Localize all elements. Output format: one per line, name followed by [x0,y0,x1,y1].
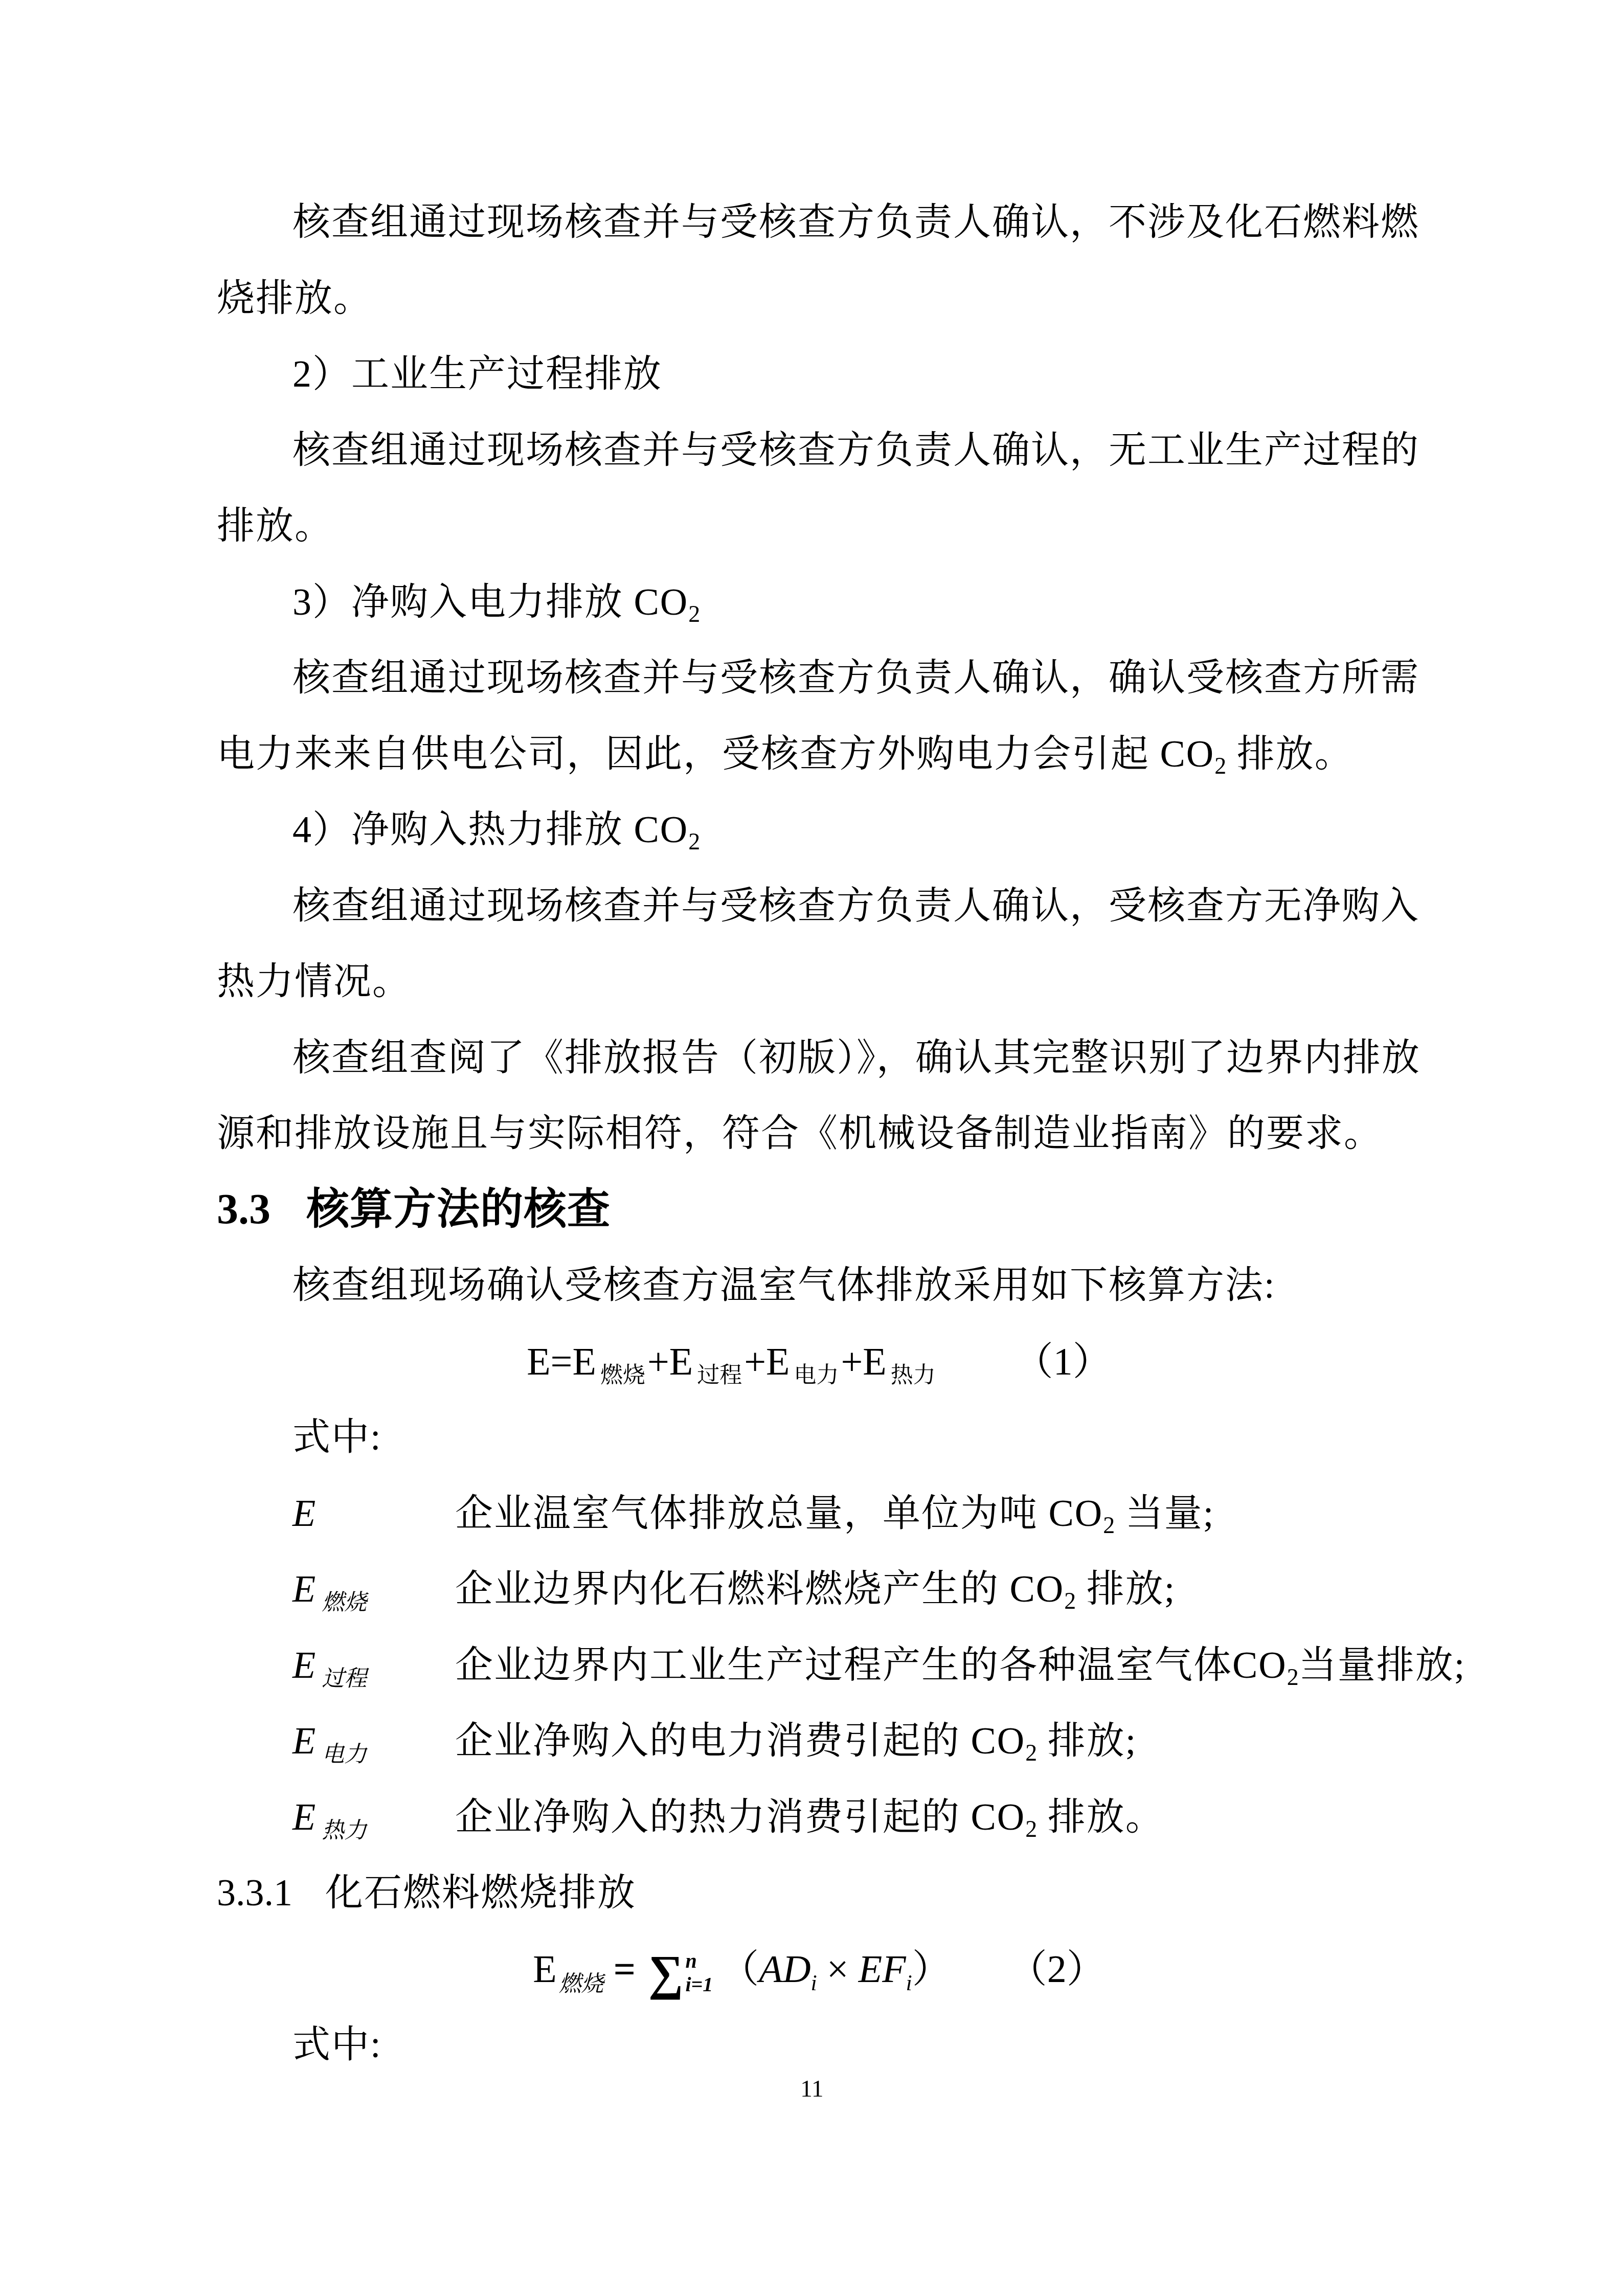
line-item-4-heat: 4）净购入热力排放 CO2 [217,792,1422,868]
text-segment: 3.3 [217,1186,270,1233]
text-segment: 排放。 [1226,733,1354,775]
text-segment: 2 [688,601,700,627]
text-segment: （2） [1028,1948,1106,1991]
text-segment: 烧排放。 [217,278,372,320]
text-segment: 企业净购入的热力消费引起的 CO [455,1796,1025,1838]
text-segment: 2 [1103,1512,1115,1538]
line-item-2-industrial-process: 2）工业生产过程排放 [217,336,1422,413]
text-segment: E [292,1568,315,1610]
document-page: 核查组通过现场核查并与受核查方负责人确认，不涉及化石燃料燃烧排放。2）工业生产过… [0,0,1624,2296]
summation-symbol: ∑ni=1 [648,1948,713,1997]
text-segment: 电力来来自供电公司，因此，受核查方外购电力会引起 CO [217,733,1214,775]
text-segment: 2 [1025,1816,1037,1842]
definition-text: 企业温室气体排放总量，单位为吨 CO2 当量; [455,1493,1214,1535]
text-segment: 热力 [322,1818,367,1843]
text-segment: 源和排放设施且与实际相符，符合《机械设备制造业指南》的要求。 [217,1113,1383,1155]
line-para-report-line-2: 源和排放设施且与实际相符，符合《机械设备制造业指南》的要求。 [217,1096,1422,1172]
text-segment: 排放。 [217,505,333,547]
line-para-process-line-1: 核查组通过现场核查并与受核查方负责人确认，无工业生产过程的 [217,413,1422,489]
line-para-process-line-2: 排放。 [217,488,1422,565]
text-segment: 过程 [322,1666,367,1691]
text-segment: E [292,1720,315,1762]
text-segment: 2 [1025,1740,1037,1766]
text-segment: E [292,1796,315,1838]
text-segment: 燃烧 [322,1590,367,1615]
text-segment: 排放; [1076,1568,1176,1610]
text-segment: 2 [1064,1588,1076,1614]
text-segment: 核查组通过现场核查并与受核查方负责人确认，不涉及化石燃料燃 [292,201,1419,243]
text-segment: 排放。 [1037,1796,1164,1838]
text-segment: EF [859,1948,906,1991]
text-segment: 2 [1214,753,1226,779]
line-def-e-process: E过程企业边界内工业生产过程产生的各种温室气体CO2当量排放; [217,1628,1422,1704]
text-segment: 燃烧 [559,1971,604,1996]
line-para-heat-line-1: 核查组通过现场核查并与受核查方负责人确认，受核查方无净购入 [217,868,1422,944]
line-def-e-heat: E热力企业净购入的热力消费引起的 CO2 排放。 [217,1780,1422,1856]
text-segment: 企业边界内化石燃料燃烧产生的 CO [455,1568,1064,1610]
text-segment: i [811,1970,817,1995]
text-segment: 核查组通过现场核查并与受核查方负责人确认，受核查方无净购入 [292,885,1419,927]
definition-text: 企业净购入的电力消费引起的 CO2 排放; [455,1720,1137,1762]
text-segment: 2 [1287,1664,1299,1690]
text-segment: （ [720,1948,759,1991]
line-formula-1: E=E燃烧+E过程+E电力+E热力（1） [217,1324,1422,1400]
text-segment: AD [759,1948,810,1991]
text-segment: 热力 [891,1363,936,1388]
definition-text: 企业净购入的热力消费引起的 CO2 排放。 [455,1796,1164,1838]
line-formula-2: E燃烧 = ∑ni=1（ADi × EFi）（2） [217,1931,1422,2008]
text-segment: 核算方法的核查 [306,1186,611,1233]
line-para-electricity-line-1: 核查组通过现场核查并与受核查方负责人确认，确认受核查方所需 [217,640,1422,716]
line-para-heat-line-2: 热力情况。 [217,944,1422,1020]
sigma-glyph: ∑ [648,1948,683,1997]
text-segment: 核查组查阅了《排放报告（初版）》，确认其完整识别了边界内排放 [292,1037,1420,1079]
text-segment: 式中: [292,1416,382,1458]
definition-term: E [292,1476,455,1552]
text-segment: （1） [1014,1340,1112,1383]
text-segment: 排放; [1037,1720,1137,1762]
line-para-electricity-line-2: 电力来来自供电公司，因此，受核查方外购电力会引起 CO2 排放。 [217,716,1422,793]
line-heading-3-3: 3.3核算方法的核查 [217,1172,1422,1248]
text-segment: 电力 [322,1742,367,1767]
page-number: 11 [0,2061,1624,2117]
text-segment: 电力 [794,1363,839,1388]
text-segment: +E [744,1340,790,1383]
text-segment: E=E [527,1340,596,1383]
text-segment: 3）净购入电力排放 CO [292,581,688,623]
text-segment: E [292,1493,315,1535]
text-segment: 2 [688,828,700,854]
text-segment: 当量; [1115,1493,1214,1535]
text-segment: 核查组通过现场核查并与受核查方负责人确认，确认受核查方所需 [292,657,1419,699]
line-def-e-combustion: E燃烧企业边界内化石燃料燃烧产生的 CO2 排放; [217,1551,1422,1628]
line-heading-3-3-1: 3.3.1化石燃料燃烧排放 [217,1855,1422,1931]
text-segment: 核查组现场确认受核查方温室气体排放采用如下核算方法: [292,1265,1276,1307]
text-segment: 过程 [697,1363,742,1388]
text-segment: E [292,1645,315,1686]
text-segment: ） [912,1948,951,1991]
text-segment: 3.3.1 [217,1872,292,1914]
line-def-e-total: E企业温室气体排放总量，单位为吨 CO2 当量; [217,1476,1422,1552]
line-para-report-line-1: 核查组查阅了《排放报告（初版）》，确认其完整识别了边界内排放 [217,1020,1422,1096]
sum-upper-limit: n [685,1949,696,1973]
text-segment: = [604,1948,645,1991]
document-body: 核查组通过现场核查并与受核查方负责人确认，不涉及化石燃料燃烧排放。2）工业生产过… [217,185,1422,2083]
text-segment: +E [647,1340,693,1383]
text-segment: 化石燃料燃烧排放 [325,1872,636,1914]
text-segment: 2）工业生产过程排放 [292,353,662,395]
text-segment: 式中: [292,2024,382,2066]
text-segment: 企业净购入的电力消费引起的 CO [455,1720,1025,1762]
line-para-method-intro: 核查组现场确认受核查方温室气体排放采用如下核算方法: [217,1248,1422,1324]
text-segment: 热力情况。 [217,961,411,1003]
text-segment: 当量排放; [1299,1645,1466,1686]
line-para-fossil-line-2: 烧排放。 [217,261,1422,337]
text-segment: 企业温室气体排放总量，单位为吨 CO [455,1493,1103,1535]
text-segment: × [817,1948,859,1991]
text-segment: E [533,1948,556,1991]
definition-text: 企业边界内化石燃料燃烧产生的 CO2 排放; [455,1568,1176,1610]
text-segment: 核查组通过现场核查并与受核查方负责人确认，无工业生产过程的 [292,430,1419,471]
sum-lower-limit: i=1 [685,1973,713,1996]
line-def-e-electricity: E电力企业净购入的电力消费引起的 CO2 排放; [217,1703,1422,1780]
sum-limits: ni=1 [685,1949,713,1996]
line-item-3-electricity: 3）净购入电力排放 CO2 [217,565,1422,641]
line-para-fossil-line-1: 核查组通过现场核查并与受核查方负责人确认，不涉及化石燃料燃 [217,185,1422,261]
text-segment: 企业边界内工业生产过程产生的各种温室气体CO [455,1645,1287,1686]
line-formula-1-where: 式中: [217,1400,1422,1476]
text-segment: 燃烧 [600,1363,645,1388]
text-segment: 4）净购入热力排放 CO [292,809,688,851]
text-segment: i [906,1970,912,1995]
text-segment: +E [841,1340,887,1383]
definition-text: 企业边界内工业生产过程产生的各种温室气体CO2当量排放; [455,1645,1465,1686]
